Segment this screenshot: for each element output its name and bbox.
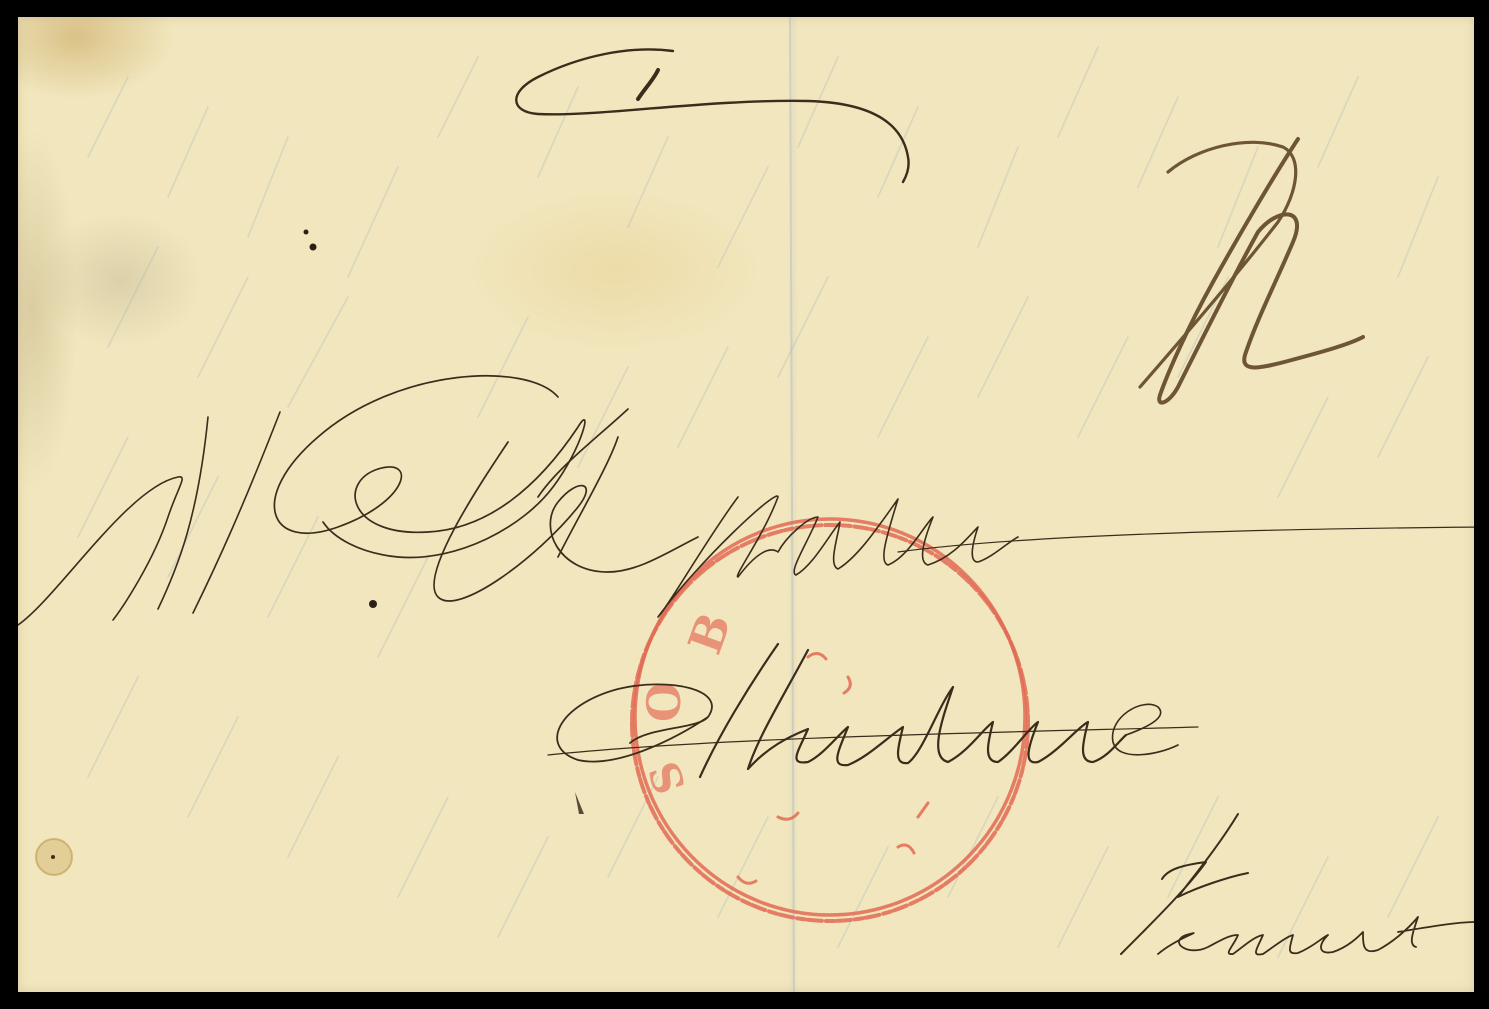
- fold-line: [790, 17, 794, 992]
- postmark: B O S: [632, 519, 1028, 921]
- postmark-outer-ring: [632, 525, 1028, 921]
- rate-marking-right: 12: [18, 17, 1363, 403]
- address-state-line: Vermont: [18, 17, 1474, 955]
- address-city-line: Hartland: [18, 17, 1198, 777]
- pinhole: [51, 855, 55, 859]
- scan-stage: B O S 1 12: [0, 0, 1489, 1009]
- postal-cover: B O S 1 12: [18, 17, 1474, 992]
- ink-dot: [310, 244, 317, 251]
- postmark-letter: B: [678, 606, 742, 661]
- postmark-date-fragments: [738, 653, 928, 883]
- cover-artwork: B O S 1 12: [18, 17, 1474, 992]
- address-state-text: Vermont: [18, 17, 87, 21]
- ink-dot: [575, 792, 584, 814]
- postmark-letter: O: [637, 682, 691, 722]
- rate-marking-top: 1: [18, 17, 909, 182]
- address-name-line: Mr. S. H. Hamilton: [18, 17, 1474, 625]
- postmark-letter: S: [639, 755, 695, 800]
- ink-dot: [304, 230, 309, 235]
